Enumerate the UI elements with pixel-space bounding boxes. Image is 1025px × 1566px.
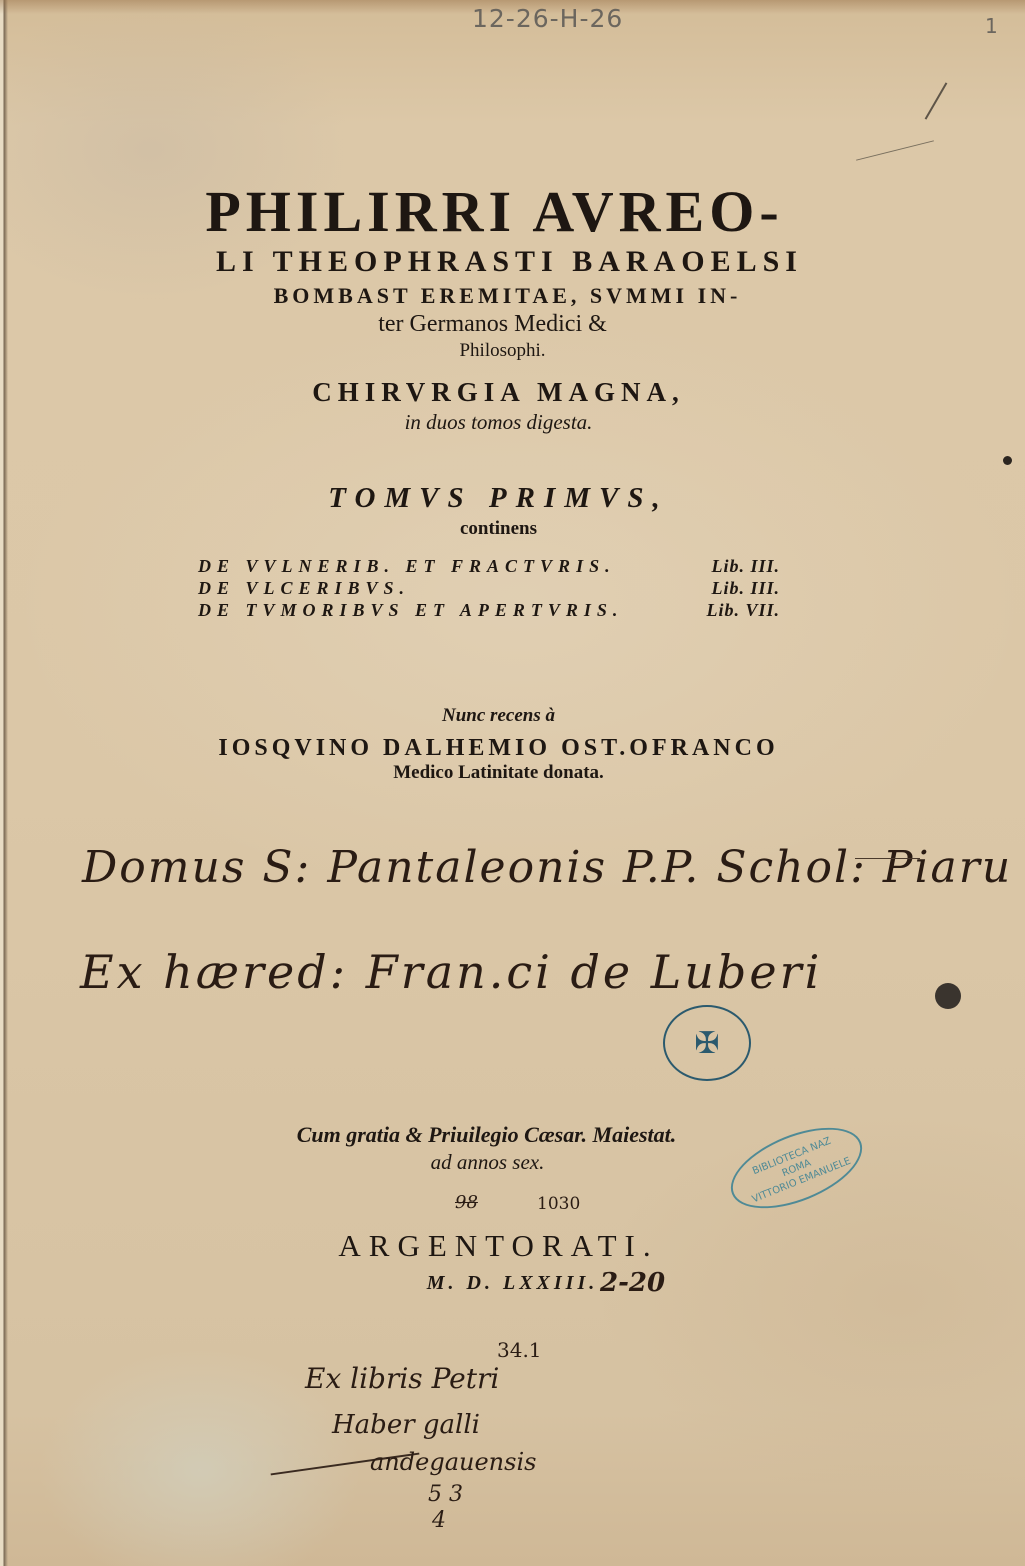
ex-libris-line-3: andegauensis — [370, 1448, 536, 1476]
ex-libris-line-2: Haber galli — [332, 1410, 480, 1440]
contents-row: DE VLCERIBVS. Lib. III. — [198, 577, 780, 599]
contents-lib: Lib. VII. — [706, 599, 780, 621]
title-line-2: LI THEOPHRASTI BARAOELSI — [0, 245, 1022, 279]
continens-label: continens — [0, 518, 1011, 540]
ink-blot — [935, 983, 961, 1009]
ex-libris-line-1: Ex libris Petri — [305, 1362, 499, 1395]
ex-libris-line-4: 5 3 — [428, 1482, 463, 1507]
title-line-5: Philosophi. — [0, 340, 1015, 362]
contents-text: DE TVMORIBVS ET APERTVRIS. — [198, 599, 623, 621]
pen-stroke — [856, 140, 934, 160]
title-line-3: BOMBAST EREMITAE, SVMMI IN- — [0, 283, 1020, 309]
contents-row: DE VVLNERIB. ET FRACTVRIS. Lib. III. — [198, 555, 780, 577]
contents-lib: Lib. III. — [711, 577, 780, 599]
translator-name: IOSQVINO DALHEMIO OST.OFRANCO — [0, 735, 1011, 762]
work-subtitle: in duos tomos digesta. — [0, 410, 1011, 435]
contents-list: DE VVLNERIB. ET FRACTVRIS. Lib. III. DE … — [198, 555, 780, 621]
shelfmark: 12-26-H-26 — [472, 4, 623, 33]
translator-intro: Nunc recens à — [0, 705, 1011, 727]
volume-title: TOMVS PRIMVS, — [0, 482, 1011, 515]
contents-lib: Lib. III. — [711, 555, 780, 577]
contents-row: DE TVMORIBVS ET APERTVRIS. Lib. VII. — [198, 599, 780, 621]
monogram-stamp: ✠ — [663, 1005, 751, 1081]
ex-libris-line-5: 4 — [432, 1508, 446, 1533]
imprint-annotation: 2-20 — [600, 1268, 665, 1298]
pen-stroke — [925, 82, 948, 119]
handwritten-number: 1030 — [537, 1194, 580, 1214]
inscription-line-2: Ex hæred: Fran.ci de Luberi — [80, 945, 822, 999]
struck-number: 98 — [455, 1192, 478, 1213]
title-line-1: PHILIRRI AVREO- — [0, 178, 1007, 245]
imprint-place: ARGENTORATI. — [0, 1228, 1011, 1264]
contents-text: DE VLCERIBVS. — [198, 577, 410, 599]
inscription-line-1: Domus S: Pantaleonis P.P. Schol: Piaru — [82, 842, 1012, 893]
title-line-4: ter Germanos Medici & — [0, 311, 1005, 338]
contents-text: DE VVLNERIB. ET FRACTVRIS. — [198, 555, 616, 577]
corner-mark: 1 — [985, 14, 998, 38]
book-page: 12-26-H-26 1 PHILIRRI AVREO- LI THEOPHRA… — [0, 0, 1025, 1566]
translator-note: Medico Latinitate donata. — [0, 762, 1011, 784]
imprint-date: M. D. LXXIII. — [0, 1272, 1025, 1295]
ex-libris-number: 34.1 — [497, 1338, 542, 1362]
pen-stroke — [855, 858, 920, 859]
ink-blot — [1003, 456, 1012, 465]
work-title: CHIRVRGIA MAGNA, — [0, 377, 1011, 408]
